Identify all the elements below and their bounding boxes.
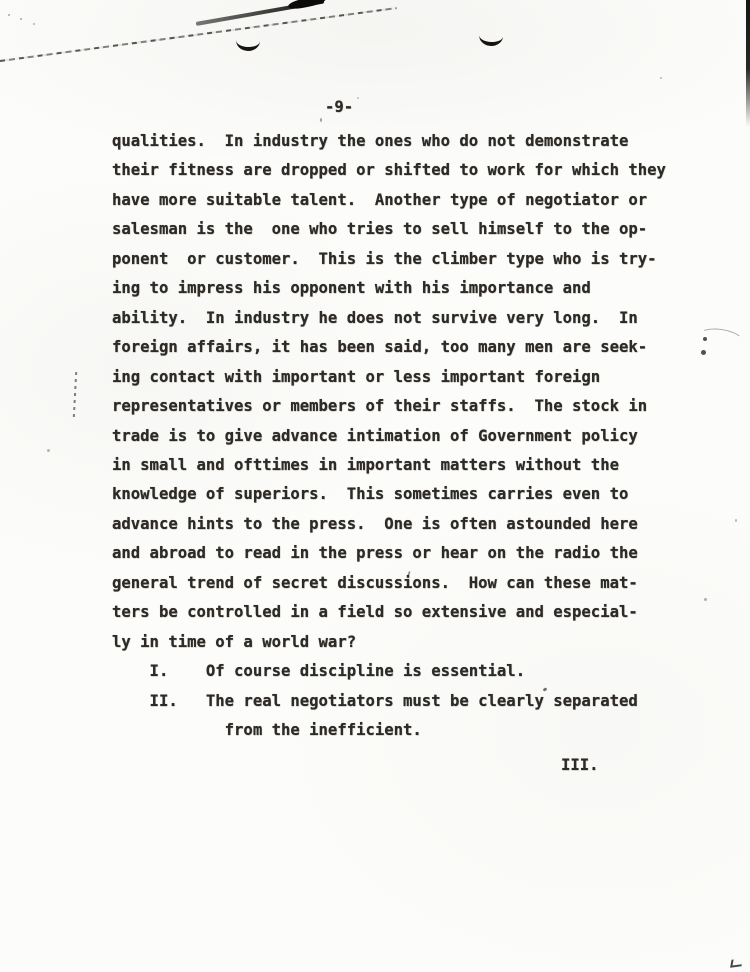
right-edge-scan-strip — [746, 0, 750, 127]
closing-numeral: III. — [561, 751, 599, 780]
ink-speck — [704, 598, 707, 601]
ink-speck — [8, 14, 10, 16]
ink-speck — [735, 519, 737, 522]
ink-speck — [320, 118, 322, 122]
ink-speck — [47, 449, 50, 452]
crescent-mark-right — [479, 29, 504, 46]
ink-speck — [660, 77, 662, 79]
ink-speck — [33, 23, 35, 25]
bottom-right-hook-mark — [730, 958, 743, 967]
diagonal-scratch-line — [0, 7, 397, 62]
ink-speck — [701, 350, 706, 355]
page-number: -9- — [325, 93, 353, 122]
ink-speck — [703, 337, 707, 341]
ink-speck — [20, 18, 22, 20]
typed-body-text: qualities. In industry the ones who do n… — [112, 127, 666, 746]
left-margin-dotted-mark — [73, 372, 77, 418]
crescent-mark-left — [236, 35, 261, 52]
scratch-ink-blob — [287, 0, 326, 11]
scanned-document-page: -9- qualities. In industry the ones who … — [0, 0, 750, 972]
ink-speck — [357, 97, 359, 99]
